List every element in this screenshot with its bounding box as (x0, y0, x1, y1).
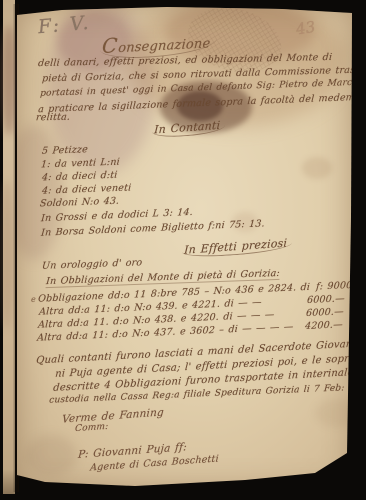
contanti-item: 5 Petizze (42, 144, 89, 157)
document-page: F: V. Consegnazione 43 delli danari, eff… (17, 7, 352, 489)
obligation-amount: f: 9000.— (316, 279, 366, 292)
fox-spot (302, 157, 332, 179)
obligation-amount: 4200.— (305, 319, 344, 332)
obligation-amount: 6000.— (307, 293, 346, 306)
signature-commissioner-name: Verme de Fanning (62, 406, 165, 425)
margin-mark: e (31, 295, 36, 304)
page-number: 43 (295, 18, 317, 39)
effetti-item: Un orologgio d' oro (42, 257, 143, 272)
folio-mark: F: V. (37, 12, 91, 38)
contanti-item: 4: da dieci veneti (42, 182, 132, 196)
fox-spot (315, 399, 357, 427)
contanti-heading: In Contanti (152, 118, 226, 138)
contanti-item: 4: da dieci d:ti (42, 170, 118, 184)
obligation-amount: 6000.— (306, 306, 345, 319)
manuscript-scan: F: V. Consegnazione 43 delli danari, eff… (0, 0, 366, 500)
signature-commissioner-title: Comm: (75, 422, 109, 434)
contanti-item: Soldoni N:o 43. (40, 196, 120, 210)
contanti-item: 1: da venti L:ni (41, 157, 121, 171)
smudge-bottom-left (25, 435, 77, 477)
effetti-heading: In Effetti preziosi (182, 236, 293, 259)
gutter-stain (0, 180, 14, 330)
intro-line: relitta. (36, 112, 71, 124)
